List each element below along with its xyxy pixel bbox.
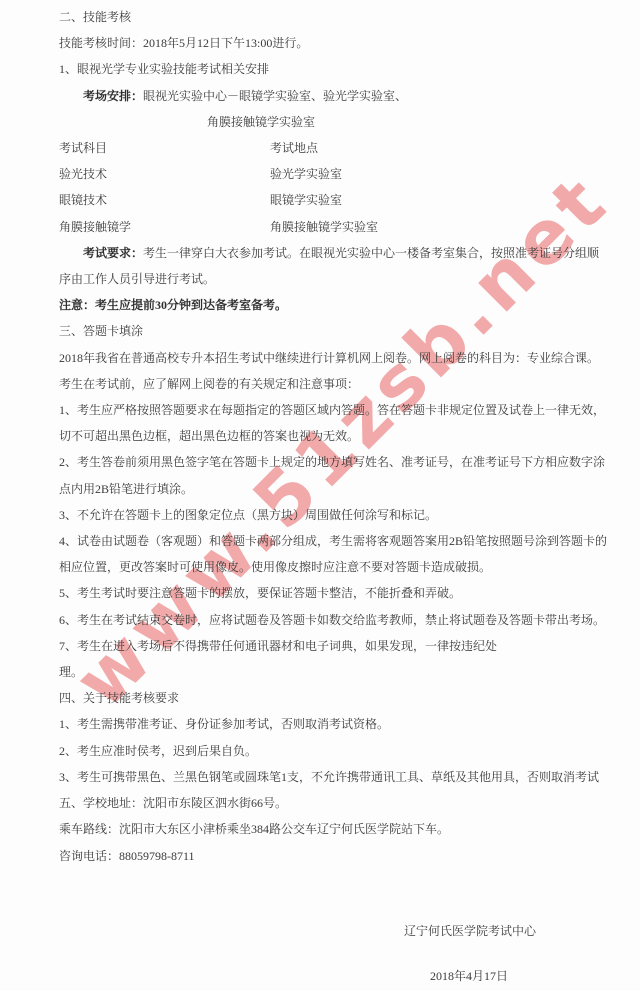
- venue-line-1: 考场安排：眼视光实验中心－眼镜学实验室、验光学实验室、: [59, 83, 634, 109]
- paragraph-line: 点内用2B铅笔进行填涂。: [59, 476, 634, 502]
- paragraph-line: 相应位置，更改答案时可使用像皮。使用像皮擦时应注意不要对答题卡造成破损。: [59, 554, 634, 580]
- table-header-row: 考试科目 考试地点: [59, 135, 634, 161]
- table-cell-subject: 验光技术: [59, 161, 270, 187]
- table-row: 角膜接触镜学 角膜接触镜学实验室: [59, 214, 634, 240]
- document-page: www.51zsb.net 二、技能考核 技能考核时间：2018年5月12日下午…: [0, 0, 640, 991]
- section-4-item: 3、考生可携带黑色、兰黑色钢笔或圆珠笔1支，不允许携带通讯工具、草纸及其他用具，…: [59, 764, 634, 790]
- section-2-heading: 二、技能考核: [59, 4, 634, 30]
- table-row: 眼镜技术 眼镜学实验室: [59, 187, 634, 213]
- signature-date: 2018年4月17日: [59, 963, 634, 989]
- paragraph-line: 5、考生考试时要注意答题卡的摆放，要保证答题卡整洁，不能折叠和弄破。: [59, 580, 634, 606]
- paragraph-line: 6、考生在考试结束交卷时，应将试题卷及答题卡如数交给监考教师，禁止将试题卷及答题…: [59, 607, 634, 633]
- notice-line: 注意：考生应提前30分钟到达备考室备考。: [59, 292, 634, 318]
- section-2-item-1: 1、眼视光学专业实验技能考试相关安排: [59, 56, 634, 82]
- section-4-heading: 四、关于技能考核要求: [59, 685, 634, 711]
- requirements-line-1: 考试要求：考生一律穿白大衣参加考试。在眼视光实验中心一楼备考室集合，按照准考证号…: [59, 240, 634, 266]
- section-3-intro-1: 2018年我省在普通高校专升本招生考试中继续进行计算机网上阅卷。网上阅卷的科目为…: [59, 345, 634, 371]
- paragraph-line: 3、不允许在答题卡上的图象定位点（黑方块）周围做任何涂写和标记。: [59, 502, 634, 528]
- signature-org: 辽宁何氏医学院考试中心: [59, 918, 634, 944]
- table-cell-location: 角膜接触镜学实验室: [270, 214, 378, 240]
- venue-label: 考场安排：: [83, 89, 143, 103]
- table-cell-subject: 角膜接触镜学: [59, 214, 270, 240]
- school-address-line: 五、学校地址：沈阳市东陵区泗水街66号。: [59, 790, 634, 816]
- section-4-item: 1、考生需携带准考证、身份证参加考试，否则取消考试资格。: [59, 711, 634, 737]
- paragraph-line: 2、考生答卷前须用黑色签字笔在答题卡上规定的地方填写姓名、准考证号，在准考证号下…: [59, 449, 634, 475]
- table-row: 验光技术 验光学实验室: [59, 161, 634, 187]
- table-cell-subject: 眼镜技术: [59, 187, 270, 213]
- requirements-text: 考生一律穿白大衣参加考试。在眼视光实验中心一楼备考室集合，按照准考证号分组顺: [143, 246, 599, 260]
- requirements-label: 考试要求：: [83, 246, 143, 260]
- bus-route-line: 乘车路线：沈阳市大东区小津桥乘坐384路公交车辽宁何氏医学院站下车。: [59, 816, 634, 842]
- table-cell-location: 验光学实验室: [270, 161, 342, 187]
- paragraph-line: 1、考生应严格按照答题要求在每题指定的答题区域内答题。答在答题卡非规定位置及试卷…: [59, 397, 634, 423]
- section-3-heading: 三、答题卡填涂: [59, 318, 634, 344]
- table-header-subject: 考试科目: [59, 135, 270, 161]
- phone-line: 咨询电话：88059798-8711: [59, 843, 634, 869]
- paragraph-line: 7、考生在进入考场后不得携带任何通讯器材和电子词典，如果发现，一律按违纪处: [59, 633, 634, 659]
- document-content: 二、技能考核 技能考核时间：2018年5月12日下午13:00进行。 1、眼视光…: [59, 4, 634, 989]
- paragraph-line: 4、试卷由试题卷（客观题）和答题卡两部分组成，考生需将客观题答案用2B铅笔按照题…: [59, 528, 634, 554]
- requirements-line-2: 序由工作人员引导进行考试。: [59, 266, 634, 292]
- paragraph-line: 理。: [59, 659, 634, 685]
- paragraph-line: 切不可超出黑色边框，超出黑色边框的答案也视为无效。: [59, 423, 634, 449]
- table-cell-location: 眼镜学实验室: [270, 187, 342, 213]
- venue-text: 眼视光实验中心－眼镜学实验室、验光学实验室、: [143, 89, 407, 103]
- section-3-intro-2: 考生在考试前，应了解网上阅卷的有关规定和注意事项：: [59, 371, 634, 397]
- section-4-item: 2、考生应准时侯考，迟到后果自负。: [59, 738, 634, 764]
- exam-time-line: 技能考核时间：2018年5月12日下午13:00进行。: [59, 30, 634, 56]
- table-header-location: 考试地点: [270, 135, 318, 161]
- venue-line-2: 角膜接触镜学实验室: [59, 109, 634, 135]
